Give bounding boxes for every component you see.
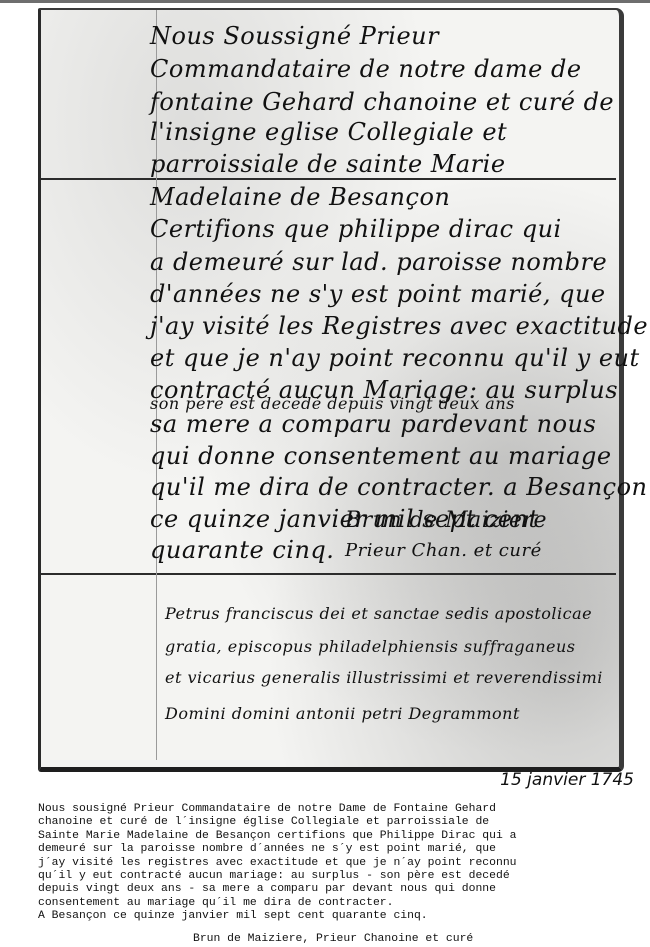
manuscript-line: qui donne consentement au mariage: [150, 442, 612, 470]
transcription-signature: Brun de Maiziere, Prieur Chanoine et cur…: [193, 933, 473, 945]
manuscript-line: j'ay visité les Registres avec exactitud…: [150, 312, 648, 340]
manuscript-line: Certifions que philippe dirac qui: [150, 215, 562, 243]
transcription-line: chanoine et curé de l´insigne église Col…: [38, 816, 648, 829]
manuscript-line: parroissiale de sainte Marie: [150, 150, 506, 178]
manuscript-line: l'insigne eglise Collegiale et: [150, 118, 507, 146]
manuscript-line: a demeuré sur lad. paroisse nombre: [150, 248, 607, 276]
transcription-line: demeuré sur la paroisse nombre d´années …: [38, 843, 648, 856]
fold-line: [41, 178, 616, 180]
transcription-line: consentement au mariage qu´il me dira de…: [38, 897, 648, 910]
transcription-line: A Besançon ce quinze janvier mil sept ce…: [38, 910, 648, 923]
latin-line: Domini domini antonii petri Degrammont: [165, 704, 520, 723]
manuscript-line: Nous Soussigné Prieur: [150, 22, 439, 50]
manuscript-signature-title: Prieur Chan. et curé: [345, 540, 542, 561]
transcription-line: j´ay visité les registres avec exactitud…: [38, 857, 648, 870]
transcription-line: Nous sousigné Prieur Commandataire de no…: [38, 803, 648, 816]
latin-line: Petrus franciscus dei et sanctae sedis a…: [165, 604, 592, 623]
manuscript-line: quarante cinq.: [150, 536, 334, 564]
transcription-line: qu´il y eut contracté aucun mariage: au …: [38, 870, 648, 883]
fold-line: [41, 573, 616, 575]
manuscript-line: Commandataire de notre dame de: [150, 55, 582, 83]
latin-line: et vicarius generalis illustrissimi et r…: [165, 668, 603, 687]
scan-top-border: [0, 0, 650, 3]
manuscript-line: fontaine Gehard chanoine et curé de: [150, 88, 614, 116]
manuscript-signature: Brun de Maiziere: [345, 508, 547, 533]
transcription-line: Sainte Marie Madelaine de Besançon certi…: [38, 830, 648, 843]
handwritten-date: 15 janvier 1745: [500, 770, 634, 790]
manuscript-line: Madelaine de Besançon: [150, 183, 450, 211]
latin-line: gratia, episcopus philadelphiensis suffr…: [165, 637, 576, 656]
manuscript-line: qu'il me dira de contracter. a Besançon: [150, 473, 648, 501]
manuscript-line: sa mere a comparu pardevant nous: [150, 410, 596, 438]
transcription-line: depuis vingt deux ans - sa mere a compar…: [38, 883, 648, 896]
manuscript-line: et que je n'ay point reconnu qu'il y eut: [150, 344, 640, 372]
manuscript-line: d'années ne s'y est point marié, que: [150, 280, 606, 308]
typed-transcription: Nous sousigné Prieur Commandataire de no…: [38, 803, 648, 924]
